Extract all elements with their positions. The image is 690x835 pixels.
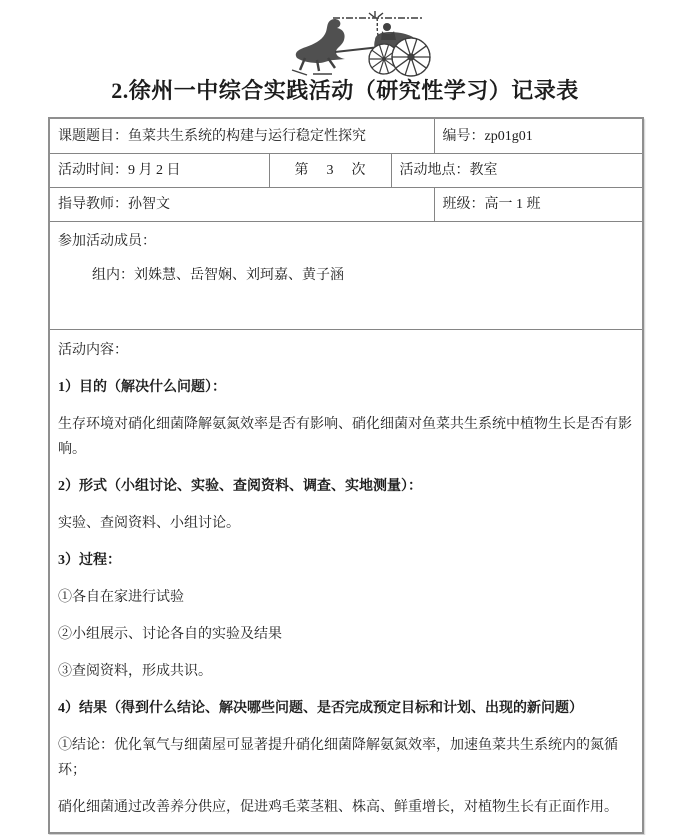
table-row: 活动时间：9 月 2 日 第3次 活动地点：教室: [49, 154, 643, 188]
page-title: 2.徐州一中综合实践活动（研究性学习）记录表: [0, 74, 690, 105]
topic-label: 课题题目：: [58, 129, 128, 144]
content-paragraph: 3）过程：: [58, 548, 634, 573]
content-paragraph: 1）目的（解决什么问题）：: [58, 375, 634, 400]
class-value: 高一 1 班: [485, 197, 541, 212]
session-cell: 第3次: [269, 154, 391, 188]
time-value: 9 月 2 日: [128, 163, 181, 178]
table-row: 活动内容： 1）目的（解决什么问题）： 生存环境对硝化细菌降解氨氮效率是否有影响…: [49, 330, 643, 834]
session-number: 3: [327, 163, 334, 178]
document-page: 2.徐州一中综合实践活动（研究性学习）记录表 课题题目：鱼菜共生系统的构建与运行…: [0, 0, 690, 835]
session-suffix: 次: [352, 163, 366, 178]
topic-cell: 课题题目：鱼菜共生系统的构建与运行稳定性探究: [49, 118, 434, 154]
content-label: 活动内容：: [58, 338, 634, 363]
class-cell: 班级：高一 1 班: [434, 188, 643, 222]
content-paragraph: ③查阅资料，形成共识。: [58, 659, 634, 684]
teacher-cell: 指导教师：孙智文: [49, 188, 434, 222]
table-row: 课题题目：鱼菜共生系统的构建与运行稳定性探究 编号：zp01g01: [49, 118, 643, 154]
record-table: 课题题目：鱼菜共生系统的构建与运行稳定性探究 编号：zp01g01 活动时间：9…: [48, 117, 644, 834]
content-paragraph: 2）形式（小组讨论、实验、查阅资料、调查、实地测量）：: [58, 474, 634, 499]
content-paragraph: ①结论：优化氧气与细菌屋可显著提升硝化细菌降解氨氮效率，加速鱼菜共生系统内的氮循…: [58, 733, 634, 783]
content-paragraph: ①各自在家进行试验: [58, 585, 634, 610]
teacher-value: 孙智文: [128, 197, 170, 212]
content-paragraph: ②小组展示、讨论各自的实验及结果: [58, 622, 634, 647]
number-label: 编号：: [443, 129, 485, 144]
teacher-label: 指导教师：: [58, 197, 128, 212]
time-label: 活动时间：: [58, 163, 128, 178]
members-group: 组内：刘姝慧、岳智娴、刘珂嘉、黄子涵: [58, 263, 634, 288]
time-cell: 活动时间：9 月 2 日: [49, 154, 269, 188]
content-paragraph: 4）结果（得到什么结论、解决哪些问题、是否完成预定目标和计划、出现的新问题）: [58, 696, 634, 721]
location-label: 活动地点：: [400, 163, 470, 178]
location-value: 教室: [470, 163, 498, 178]
table-row: 指导教师：孙智文 班级：高一 1 班: [49, 188, 643, 222]
content-paragraph: 硝化细菌通过改善养分供应，促进鸡毛菜茎粗、株高、鲜重增长，对植物生长有正面作用。: [58, 795, 634, 820]
number-cell: 编号：zp01g01: [434, 118, 643, 154]
session-prefix: 第: [295, 163, 309, 178]
table-row: 参加活动成员： 组内：刘姝慧、岳智娴、刘珂嘉、黄子涵: [49, 222, 643, 330]
number-value: zp01g01: [485, 129, 533, 144]
content-paragraph: 生存环境对硝化细菌降解氨氮效率是否有影响、硝化细菌对鱼菜共生系统中植物生长是否有…: [58, 412, 634, 462]
content-paragraph: 实验、查阅资料、小组讨论。: [58, 511, 634, 536]
topic-value: 鱼菜共生系统的构建与运行稳定性探究: [128, 129, 366, 144]
class-label: 班级：: [443, 197, 485, 212]
members-label: 参加活动成员：: [58, 229, 634, 254]
han-carriage-icon: [283, 5, 461, 79]
members-cell: 参加活动成员： 组内：刘姝慧、岳智娴、刘珂嘉、黄子涵: [49, 222, 643, 330]
content-cell: 活动内容： 1）目的（解决什么问题）： 生存环境对硝化细菌降解氨氮效率是否有影响…: [49, 330, 643, 834]
location-cell: 活动地点：教室: [391, 154, 643, 188]
carriage-illustration: [283, 5, 461, 79]
